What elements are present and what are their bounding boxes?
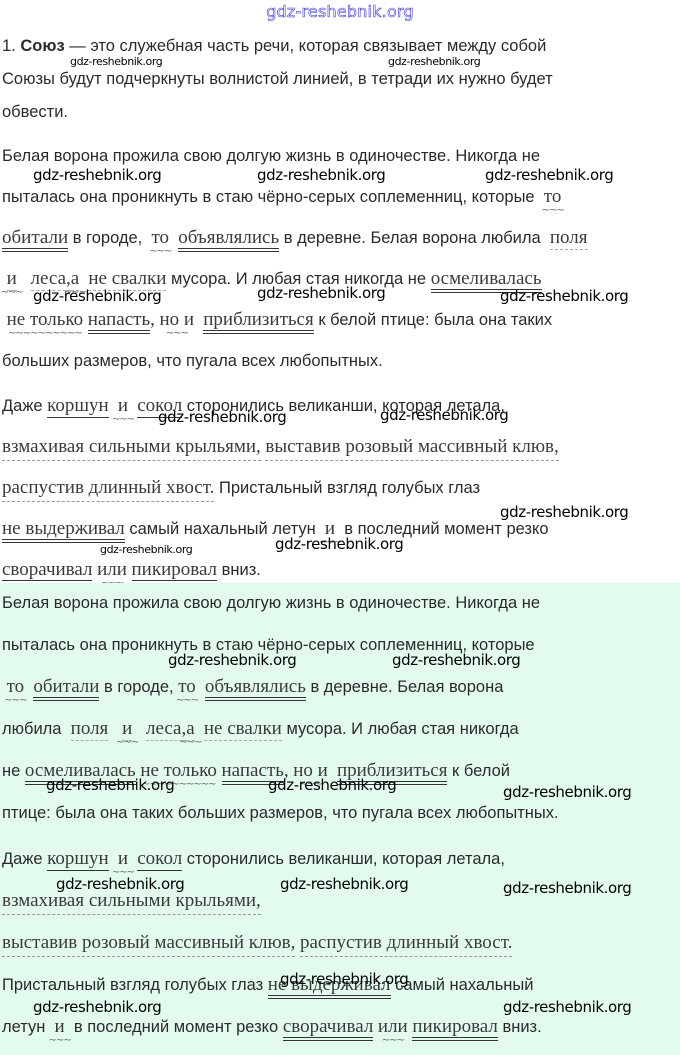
conjunction: или [378, 1016, 408, 1038]
object: леса [146, 718, 182, 741]
adverbial-phrase: распустив длинный хвост. [300, 932, 512, 957]
watermark: gdz-reshebnik.org [100, 543, 192, 556]
subject: коршун [47, 395, 109, 418]
predicate: объявлялись [205, 676, 306, 701]
intro-definition: 1. Союз — это служебная часть речи, кото… [0, 30, 680, 129]
watermark: gdz-reshebnik.org [257, 284, 385, 302]
adverbial-phrase: взмахивая сильными крыльями, [2, 890, 261, 915]
conjunction: и [7, 268, 17, 291]
text-line: Белая ворона прожила свою долгую жизнь в… [2, 589, 680, 631]
conjunction: то [544, 186, 562, 208]
predicate: сворачивал [2, 559, 92, 584]
text-line: то обитали в городе, то объявлялись в де… [2, 673, 680, 715]
text-line: Даже коршун и сокол сторонились великанш… [2, 392, 680, 433]
watermark: gdz-reshebnik.org [33, 998, 161, 1016]
adverbial-phrase: распустив длинный хвост. [2, 477, 214, 502]
text-line: взмахивая сильными крыльями, выставив ро… [2, 433, 680, 474]
conjunction: и [55, 1016, 65, 1038]
watermark: gdz-reshebnik.org [168, 651, 296, 669]
watermark: gdz-reshebnik.org [503, 998, 631, 1016]
watermark: gdz-reshebnik.org [56, 875, 184, 893]
conjunction: и [122, 718, 132, 741]
watermark: gdz-reshebnik.org [257, 166, 385, 184]
watermark: gdz-reshebnik.org [46, 776, 174, 794]
item-number: 1. [2, 37, 16, 55]
intro-line-3: обвести. [2, 96, 680, 129]
object: поля [71, 718, 109, 741]
watermark: gdz-reshebnik.org [392, 651, 520, 669]
watermark: gdz-reshebnik.org [70, 55, 162, 68]
watermark: gdz-reshebnik.org [158, 408, 286, 426]
conjunction: то [178, 676, 196, 698]
text-line: обитали в городе, то объявлялись в дерев… [2, 224, 680, 265]
predicate: обитали [2, 227, 68, 252]
watermark: gdz-reshebnik.org [280, 970, 408, 988]
exercise-text: Белая ворона прожила свою долгую жизнь в… [0, 142, 680, 597]
term: Союз [20, 37, 64, 55]
watermark: gdz-reshebnik.org [275, 535, 403, 553]
text-line: пыталась она проникнуть в стаю чёрно-сер… [2, 631, 680, 673]
subject: коршун [47, 848, 109, 871]
watermark: gdz-reshebnik.org [380, 406, 508, 424]
watermark: gdz-reshebnik.org [485, 166, 613, 184]
adverbial-phrase: выставив розовый массивный клюв, [2, 932, 295, 957]
watermark: gdz-reshebnik.org [33, 166, 161, 184]
text-line: выставив розовый массивный клюв, распуст… [2, 929, 680, 971]
watermark: gdz-reshebnik.org [268, 776, 396, 794]
text-line: птице: была она таких больших размеров, … [2, 799, 680, 841]
text-line: не только напасть, но и приблизиться к б… [2, 306, 680, 347]
watermark: gdz-reshebnik.org [503, 783, 631, 801]
watermark: gdz-reshebnik.org [33, 287, 161, 305]
subject: сокол [137, 848, 182, 871]
text-line: больших размеров, что пугала всех любопы… [2, 347, 680, 388]
conjunction: не только [7, 309, 84, 331]
watermark: gdz-reshebnik.org [388, 55, 480, 68]
predicate: обитали [33, 676, 99, 701]
conjunction: а [186, 718, 194, 741]
watermark: gdz-reshebnik.org [500, 287, 628, 305]
predicate: объявлялись [178, 227, 279, 252]
predicate: не выдерживал [2, 518, 125, 543]
adverbial-phrase: выставив розовый массивный клюв, [265, 436, 558, 461]
text-line: любила поля и леса , а не свалки мусора.… [2, 715, 680, 757]
object: поля [550, 227, 588, 250]
predicate: пикировал [412, 1016, 498, 1041]
object: не свалки [204, 718, 282, 741]
conjunction: и [118, 395, 128, 417]
text-line: летун и в последний момент резко сворачи… [2, 1013, 680, 1055]
predicate: приблизиться [203, 309, 314, 334]
conjunction: то [7, 676, 25, 698]
text-line: пыталась она проникнуть в стаю чёрно-сер… [2, 183, 680, 224]
conjunction: но и [159, 309, 194, 331]
predicate: пикировал [132, 559, 218, 584]
site-watermark: gdz-reshebnik.org [0, 2, 680, 21]
predicate: сворачивал [283, 1016, 373, 1041]
conjunction: или [97, 559, 127, 581]
predicate: напасть [88, 309, 150, 334]
conjunction: то [151, 227, 169, 249]
watermark: gdz-reshebnik.org [503, 879, 631, 897]
adverbial-phrase: взмахивая сильными крыльями, [2, 436, 261, 461]
watermark: gdz-reshebnik.org [280, 875, 408, 893]
conjunction: и [118, 848, 128, 870]
watermark: gdz-reshebnik.org [500, 503, 628, 521]
